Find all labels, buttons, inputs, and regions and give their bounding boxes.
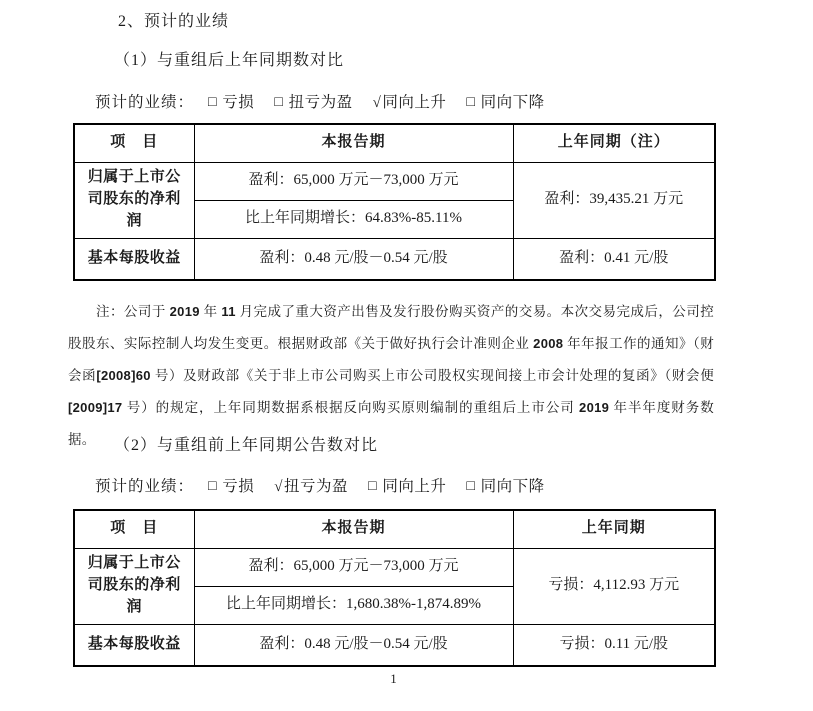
- net-profit-range-cell: 盈利：65,000 万元－73,000 万元: [194, 548, 513, 586]
- eps-current-cell: 盈利：0.48 元/股－0.54 元/股: [194, 238, 513, 280]
- check-mark-icon: √: [373, 95, 382, 112]
- header-current-period-cell: 本报告期: [194, 124, 513, 162]
- forecast-option-turnaround: □扭亏为盈: [274, 90, 352, 112]
- page-number: 1: [73, 671, 714, 687]
- forecast-option-label: 同向上升: [382, 478, 446, 495]
- checkbox-unchecked-icon: □: [274, 94, 283, 111]
- forecast-option-label: 扭亏为盈: [284, 478, 348, 495]
- checkbox-unchecked-icon: □: [466, 478, 475, 495]
- net-profit-label-cell: 归属于上市公司股东的净利润: [74, 548, 194, 624]
- section2-title: （2）与重组前上年同期公告数对比: [114, 432, 378, 455]
- forecast-option-label: 亏损: [222, 478, 254, 495]
- main-heading: 2、预计的业绩: [118, 8, 229, 31]
- check-mark-icon: √: [274, 479, 283, 496]
- forecast-option-label: 同向下降: [481, 478, 545, 495]
- net-profit-growth-cell: 比上年同期增长：64.83%-85.11%: [194, 200, 513, 238]
- forecast-option-label: 同向下降: [481, 94, 545, 111]
- net-profit-prior-cell: 盈利：39,435.21 万元: [513, 162, 715, 238]
- forecast-option-label: 亏损: [222, 94, 254, 111]
- document-page: 2、预计的业绩 （1）与重组后上年同期数对比 预计的业绩： □亏损 □扭亏为盈 …: [0, 0, 813, 711]
- header-item-cell: 项 目: [74, 510, 194, 548]
- eps-current-cell: 盈利：0.48 元/股－0.54 元/股: [194, 624, 513, 666]
- forecast-line-1: 预计的业绩： □亏损 □扭亏为盈 √同向上升 □同向下降: [95, 90, 545, 112]
- section1-title: （1）与重组后上年同期数对比: [114, 47, 344, 70]
- eps-prior-cell: 盈利：0.41 元/股: [513, 238, 715, 280]
- eps-label-cell: 基本每股收益: [74, 624, 194, 666]
- header-prior-period-cell: 上年同期（注）: [513, 124, 715, 162]
- forecast-option-turnaround: √扭亏为盈: [274, 474, 348, 496]
- performance-table-1: 项 目 本报告期 上年同期（注） 归属于上市公司股东的净利润 盈利：65,000…: [73, 123, 716, 281]
- forecast-label: 预计的业绩：: [95, 474, 194, 496]
- header-item-cell: 项 目: [74, 124, 194, 162]
- header-prior-period-cell: 上年同期: [513, 510, 715, 548]
- forecast-option-decrease: □同向下降: [466, 90, 544, 112]
- checkbox-unchecked-icon: □: [368, 478, 377, 495]
- net-profit-growth-cell: 比上年同期增长：1,680.38%-1,874.89%: [194, 586, 513, 624]
- performance-table-2: 项 目 本报告期 上年同期 归属于上市公司股东的净利润 盈利：65,000 万元…: [73, 509, 716, 667]
- forecast-option-loss: □亏损: [208, 90, 254, 112]
- forecast-line-2: 预计的业绩： □亏损 √扭亏为盈 □同向上升 □同向下降: [95, 474, 545, 496]
- forecast-option-increase: □同向上升: [368, 474, 446, 496]
- forecast-option-decrease: □同向下降: [466, 474, 544, 496]
- net-profit-range-cell: 盈利：65,000 万元－73,000 万元: [194, 162, 513, 200]
- checkbox-unchecked-icon: □: [208, 94, 217, 111]
- forecast-option-label: 同向上升: [382, 94, 446, 111]
- forecast-option-loss: □亏损: [208, 474, 254, 496]
- checkbox-unchecked-icon: □: [466, 94, 475, 111]
- eps-label-cell: 基本每股收益: [74, 238, 194, 280]
- forecast-label: 预计的业绩：: [95, 90, 194, 112]
- forecast-option-label: 扭亏为盈: [289, 94, 353, 111]
- checkbox-unchecked-icon: □: [208, 478, 217, 495]
- net-profit-prior-cell: 亏损：4,112.93 万元: [513, 548, 715, 624]
- eps-prior-cell: 亏损：0.11 元/股: [513, 624, 715, 666]
- forecast-option-increase: √同向上升: [373, 90, 447, 112]
- header-current-period-cell: 本报告期: [194, 510, 513, 548]
- net-profit-label-cell: 归属于上市公司股东的净利润: [74, 162, 194, 238]
